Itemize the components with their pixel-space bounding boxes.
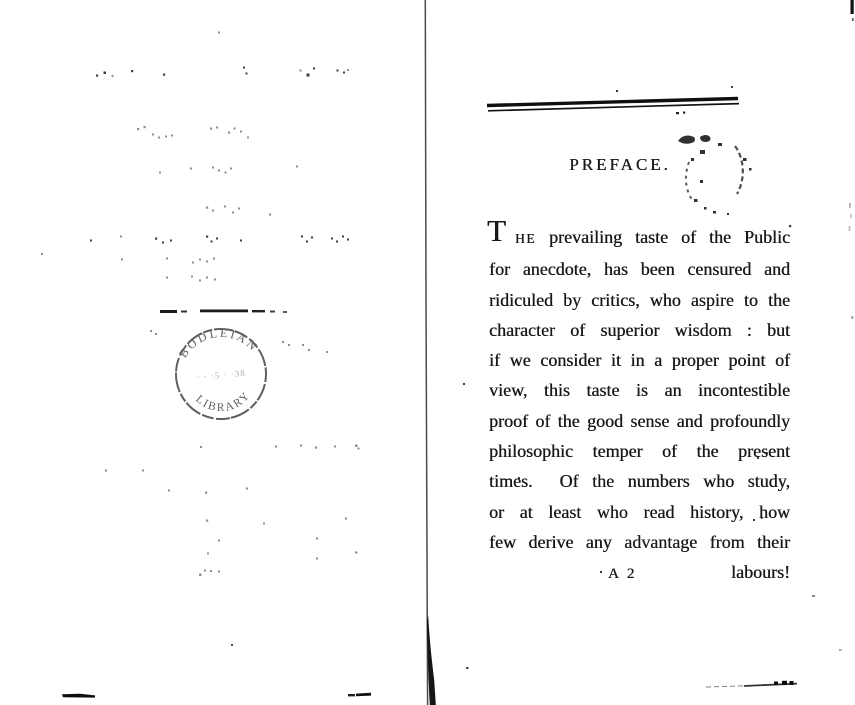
paragraph-line: philosophic temper of the present — [489, 436, 790, 466]
paragraph-line: if we consider it in a proper point of — [489, 345, 790, 375]
signature-mark: A 2 — [608, 559, 637, 589]
drop-cap: T — [487, 216, 506, 246]
signature-line: A 2 labours! — [489, 557, 790, 589]
preface-paragraph: THE prevailing taste of the Public for a… — [489, 222, 790, 590]
preface-heading: PREFACE. — [492, 155, 748, 175]
page-gutter-line — [425, 0, 436, 705]
paragraph-line: few derive any advantage from their — [489, 527, 790, 557]
showthrough-specks-dark — [90, 67, 349, 244]
line-text: prevailing taste of the Public — [549, 227, 790, 247]
paragraph-line: ridiculed by critics, who aspire to the — [489, 285, 790, 315]
stamp-date: · · ·5 · ·38 — [196, 368, 246, 382]
small-caps: HE — [515, 231, 536, 246]
ink-blot — [678, 135, 752, 215]
paragraph-line: for anecdote, has been censured and — [489, 254, 790, 284]
paragraph-line: or at least who read history, how — [489, 497, 790, 527]
stamp-top-text: BODLEIAN — [174, 322, 262, 361]
paragraph-line: THE prevailing taste of the Public — [489, 222, 790, 254]
svg-text:BODLEIAN: BODLEIAN — [174, 322, 262, 361]
showthrough-specks-faint — [41, 32, 360, 577]
paragraph-line: view, this taste is an incontestible — [489, 375, 790, 405]
bodleian-stamp: BODLEIAN LIBRARY · · ·5 · ·38 — [163, 316, 279, 432]
book-scan: BODLEIAN LIBRARY · · ·5 · ·38 PREFACE. T… — [0, 0, 855, 705]
paragraph-line: character of superior wisdom : but — [489, 315, 790, 345]
bottom-marks — [62, 644, 797, 698]
catchword: labours! — [731, 557, 790, 587]
showthrough-dash-row — [160, 310, 287, 314]
double-rule — [487, 86, 739, 114]
paragraph-line: proof of the good sense and profoundly — [489, 406, 790, 436]
page-edge-marks — [812, 0, 854, 651]
paragraph-line: times. Of the numbers who study, — [489, 466, 790, 496]
